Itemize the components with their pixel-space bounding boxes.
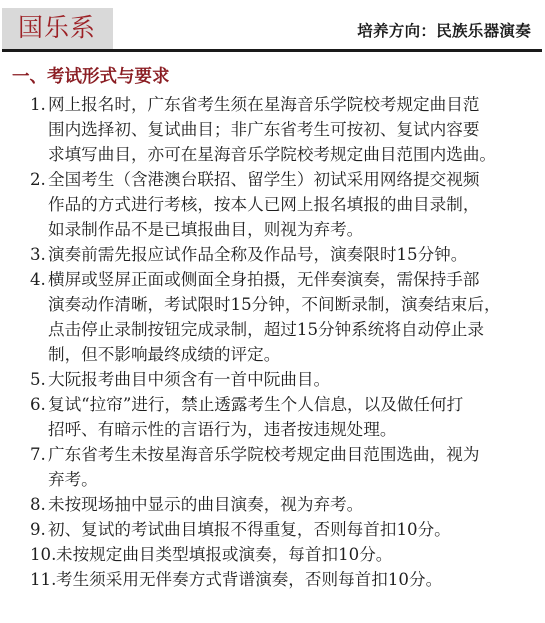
item-number: 3. — [30, 242, 46, 267]
item-number: 2. — [30, 167, 46, 192]
list-item: 2. 全国考生（含港澳台联招、留学生）初试采用网络提交视频 作品的方式进行考核，… — [0, 167, 545, 242]
list-item: 1. 网上报名时，广东省考生须在星海音乐学院校考规定曲目范 围内选择初、复试曲目… — [0, 92, 545, 167]
item-text-line: 招呼、有暗示性的言语行为，违者按违规处理。 — [48, 417, 537, 442]
item-text-line: 大阮报考曲目中须含有一首中阮曲目。 — [48, 367, 537, 392]
item-number: 10. — [30, 542, 56, 567]
item-text-line: 未按现场抽中显示的曲目演奏，视为弃考。 — [48, 492, 537, 517]
item-text-line: 初、复试的考试曲目填报不得重复，否则每首扣10分。 — [48, 517, 537, 542]
section-heading: 一、考试形式与要求 — [12, 66, 170, 88]
item-text-line: 制，但不影响最终成绩的评定。 — [48, 342, 537, 367]
item-text-line: 全国考生（含港澳台联招、留学生）初试采用网络提交视频 — [48, 167, 537, 192]
list-item: 9. 初、复试的考试曲目填报不得重复，否则每首扣10分。 — [0, 517, 545, 542]
item-text-line: 网上报名时，广东省考生须在星海音乐学院校考规定曲目范 — [48, 92, 537, 117]
list-item: 6. 复试“拉帘”进行，禁止透露考生个人信息，以及做任何打 招呼、有暗示性的言语… — [0, 392, 545, 442]
item-number: 8. — [30, 492, 46, 517]
item-number: 6. — [30, 392, 46, 417]
list-item: 4. 横屏或竖屏正面或侧面全身拍摄，无伴奏演奏，需保持手部 演奏动作清晰，考试限… — [0, 267, 545, 367]
training-direction: 培养方向：民族乐器演奏 — [357, 21, 531, 41]
page-header: 国乐系 培养方向：民族乐器演奏 — [0, 0, 545, 52]
item-text-line: 弃考。 — [48, 467, 537, 492]
department-title: 国乐系 — [18, 12, 96, 44]
requirements-list: 1. 网上报名时，广东省考生须在星海音乐学院校考规定曲目范 围内选择初、复试曲目… — [0, 92, 545, 592]
item-text-line: 演奏动作清晰，考试限时15分钟，不间断录制，演奏结束后， — [48, 292, 537, 317]
item-text-line: 考生须采用无伴奏方式背谱演奏，否则每首扣10分。 — [56, 567, 537, 592]
item-text-line: 未按规定曲目类型填报或演奏，每首扣10分。 — [56, 542, 537, 567]
list-item: 3. 演奏前需先报应试作品全称及作品号，演奏限时15分钟。 — [0, 242, 545, 267]
item-text-line: 如录制作品不是已填报曲目，则视为弃考。 — [48, 217, 537, 242]
item-text-line: 横屏或竖屏正面或侧面全身拍摄，无伴奏演奏，需保持手部 — [48, 267, 537, 292]
list-item: 11. 考生须采用无伴奏方式背谱演奏，否则每首扣10分。 — [0, 567, 545, 592]
item-number: 4. — [30, 267, 46, 292]
header-divider — [2, 49, 542, 52]
list-item: 8. 未按现场抽中显示的曲目演奏，视为弃考。 — [0, 492, 545, 517]
item-text-line: 复试“拉帘”进行，禁止透露考生个人信息，以及做任何打 — [48, 392, 537, 417]
item-text-line: 广东省考生未按星海音乐学院校考规定曲目范围选曲，视为 — [48, 442, 537, 467]
item-text-line: 演奏前需先报应试作品全称及作品号，演奏限时15分钟。 — [48, 242, 537, 267]
item-text-line: 围内选择初、复试曲目；非广东省考生可按初、复试内容要 — [48, 117, 537, 142]
item-number: 9. — [30, 517, 46, 542]
item-text-line: 求填写曲目，亦可在星海音乐学院校考规定曲目范围内选曲。 — [48, 142, 537, 167]
item-number: 1. — [30, 92, 46, 117]
item-text-line: 点击停止录制按钮完成录制，超过15分钟系统将自动停止录 — [48, 317, 537, 342]
list-item: 5. 大阮报考曲目中须含有一首中阮曲目。 — [0, 367, 545, 392]
list-item: 10. 未按规定曲目类型填报或演奏，每首扣10分。 — [0, 542, 545, 567]
item-number: 11. — [30, 567, 56, 592]
item-number: 5. — [30, 367, 46, 392]
list-item: 7. 广东省考生未按星海音乐学院校考规定曲目范围选曲，视为 弃考。 — [0, 442, 545, 492]
item-number: 7. — [30, 442, 46, 467]
item-text-line: 作品的方式进行考核，按本人已网上报名填报的曲目录制， — [48, 192, 537, 217]
